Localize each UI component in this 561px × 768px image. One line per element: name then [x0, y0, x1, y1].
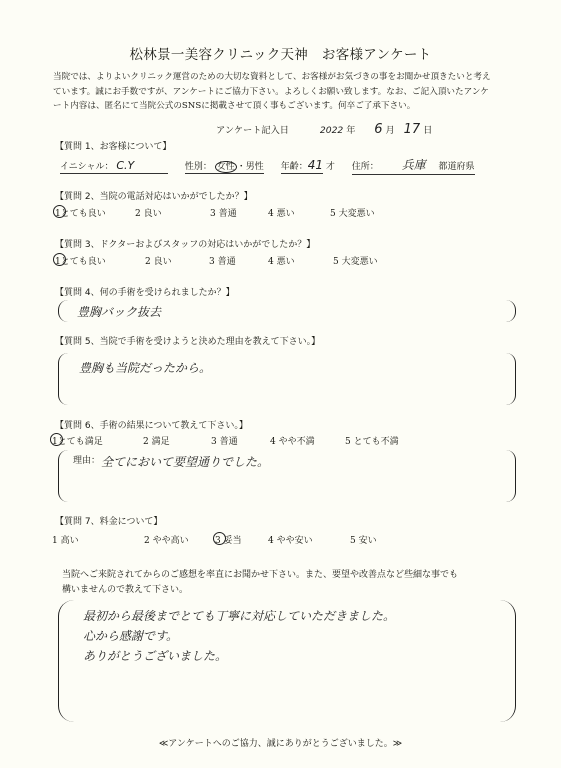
q3-option-3[interactable]: 3 普通 [209, 254, 236, 267]
q6-option-2[interactable]: 2 満足 [143, 434, 170, 447]
age-unit: 才 [326, 162, 335, 172]
address-value: 兵庫 [402, 158, 426, 172]
q6-option-1[interactable]: 1とても満足 [52, 434, 103, 447]
q6-option-4[interactable]: 4 やや不満 [270, 434, 315, 447]
comments-prompt-line: 構いませんので教えて下さい。 [62, 583, 458, 598]
gender-separator: ・ [237, 162, 246, 172]
q2-option-1[interactable]: 1とても良い [55, 206, 106, 219]
comments-answer: 最初から最後までとても丁寧に対応していただきました。 心から感謝です。 ありがと… [83, 606, 395, 666]
comments-answer-line: 心から感謝です。 [83, 626, 395, 646]
q6-reason-label: 理由： [73, 453, 100, 466]
thank-you-footer: ≪アンケートへのご協力、誠にありがとうございました。≫ [0, 736, 561, 749]
q5-title: 【質問 5、当院で手術を受けようと決めた理由を教えて下さい。】 [55, 334, 320, 347]
q6-reason: 全てにおいて要望通りでした。 [101, 453, 269, 470]
gender-field: 性別： 女性・男性 [185, 159, 264, 174]
age-field[interactable]: 年齢：41 才 [281, 158, 335, 172]
initial-value: C.Y [116, 159, 134, 172]
address-label: 住所： [352, 162, 379, 172]
q7-option-5[interactable]: 5 安い [350, 533, 377, 546]
gender-label: 性別： [185, 162, 212, 172]
q5-answer-box[interactable]: 豊胸も当院だったから。 [58, 353, 516, 405]
date-month[interactable]: 6 [374, 122, 382, 137]
q6-title: 【質問 6、手術の結果について教えて下さい。】 [55, 418, 248, 431]
survey-date: アンケート記入日 2022 年 6 月 17 日 [216, 122, 432, 137]
age-label: 年齢： [281, 162, 308, 172]
comments-answer-line: ありがとうございました。 [83, 646, 395, 666]
q1-customer-info: イニシャル： C.Y 性別： 女性・男性 年齢：41 才 住所： 兵庫 都道府県 [60, 156, 489, 175]
gender-option-male[interactable]: 男性 [246, 162, 264, 172]
comments-answer-line: 最初から最後までとても丁寧に対応していただきました。 [83, 606, 395, 626]
age-value: 41 [308, 158, 323, 172]
q2-title: 【質問 2、当院の電話対応はいかがでしたか？】 [55, 189, 253, 202]
date-day[interactable]: 17 [404, 122, 421, 137]
comments-prompt: 当院へご来院されてからのご感想を率直にお聞かせ下さい。また、要望や改善点など些細… [62, 568, 458, 598]
gender-option-female[interactable]: 女性 [215, 161, 237, 173]
comments-prompt-line: 当院へご来院されてからのご感想を率直にお聞かせ下さい。また、要望や改善点など些細… [62, 568, 458, 583]
q1-title: 【質問 1、お客様について】 [55, 139, 171, 152]
intro-line: 当院では、よりよいクリニック運営のための大切な資料として、お客様がお気づきの事を… [53, 70, 523, 85]
comments-answer-box[interactable]: 最初から最後までとても丁寧に対応していただきました。 心から感謝です。 ありがと… [58, 600, 516, 722]
q5-answer: 豊胸も当院だったから。 [79, 359, 211, 376]
initial-label: イニシャル： [60, 162, 113, 172]
date-year-unit: 年 [346, 125, 355, 136]
q7-option-2[interactable]: 2 やや高い [144, 533, 189, 546]
q6-reason-box[interactable]: 理由： 全てにおいて要望通りでした。 [58, 450, 516, 502]
date-year[interactable]: 2022 [320, 125, 343, 136]
q6-option-5[interactable]: 5 とても不満 [345, 434, 399, 447]
initial-field[interactable]: イニシャル： C.Y [60, 159, 168, 174]
address-unit: 都道府県 [439, 162, 475, 172]
q7-option-4[interactable]: 4 やや安い [268, 533, 313, 546]
date-day-unit: 日 [423, 125, 432, 136]
q7-title: 【質問 7、料金について】 [55, 514, 162, 527]
q4-title: 【質問 4、何の手術を受けられましたか？】 [55, 285, 235, 298]
date-month-unit: 月 [386, 125, 395, 136]
q3-option-5[interactable]: 5 大変悪い [333, 254, 378, 267]
q3-option-2[interactable]: 2 良い [145, 254, 172, 267]
intro-line: ています。誠にお手数ですが、アンケートにご協力下さい。よろしくお願い致します。な… [53, 85, 523, 100]
q3-title: 【質問 3、ドクターおよびスタッフの対応はいかがでしたか？】 [55, 237, 315, 250]
address-field[interactable]: 住所： 兵庫 都道府県 [352, 156, 475, 175]
q6-option-3[interactable]: 3 普通 [211, 434, 238, 447]
survey-title: 松林景一美容クリニック天神 お客様アンケート [0, 43, 561, 63]
intro-line: ート内容は、匿名にて当院公式のSNSに掲載させて頂く事もございます。何卒ご了承下… [53, 99, 523, 114]
q4-answer-box[interactable]: 豊胸バック抜去 [58, 300, 516, 322]
intro-paragraph: 当院では、よりよいクリニック運営のための大切な資料として、お客様がお気づきの事を… [53, 70, 523, 114]
q2-option-3[interactable]: 3 普通 [210, 206, 237, 219]
q7-option-3[interactable]: 3 妥当 [215, 533, 242, 546]
q4-answer: 豊胸バック抜去 [77, 303, 161, 320]
q2-option-5[interactable]: 5 大変悪い [330, 206, 375, 219]
q2-option-4[interactable]: 4 悪い [268, 206, 295, 219]
date-label: アンケート記入日 [216, 125, 289, 136]
q2-option-2[interactable]: 2 良い [135, 206, 162, 219]
q7-option-1[interactable]: 1 高い [52, 533, 79, 546]
q3-option-1[interactable]: 1とても良い [55, 254, 106, 267]
q3-option-4[interactable]: 4 悪い [268, 254, 295, 267]
